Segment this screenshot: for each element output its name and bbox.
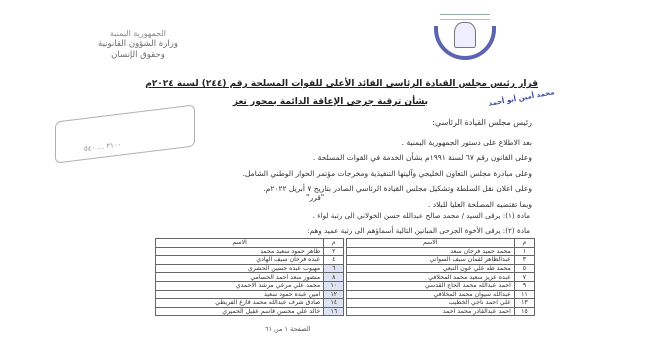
- emblem-banner: [440, 14, 490, 20]
- table-row: ٣ عبدالظاهر لقمان سيف السواني ٤ عبده فرح…: [156, 256, 535, 265]
- table-row: ٥ محمد طه علي عون النبعي ٦ مهيوب عبده حس…: [156, 264, 535, 273]
- decree-title: قرار رئيس مجلس القيادة الرئاسي القائد ال…: [145, 79, 538, 89]
- header-num: م: [324, 239, 344, 248]
- table-row: ١١ عبدالله سيوان محمد المخلافي ١٢ امين ع…: [156, 290, 535, 299]
- table-row: ١٣ علي احمد ناجي الخطيب ١٤ صادق شرف عبدا…: [156, 299, 535, 308]
- header-num: م: [514, 239, 534, 248]
- table-row: ٩ احمد عبدالله محمد الحاج القدسي ١٠ محمد…: [156, 281, 535, 290]
- document-page: الجمهورية اليمنية وزارة الشؤون القانونية…: [0, 0, 650, 360]
- table-row: ٧ عبده عزيز سعيد محمد المخلافي ٨ منصور س…: [156, 273, 535, 282]
- preamble-line: بعد الاطلاع على دستور الجمهورية اليمنية …: [102, 135, 532, 150]
- preamble-line: وعلى القانون رقم ٦٧ لسنة ١٩٩١م بشأن الخد…: [102, 150, 532, 165]
- yemen-emblem-icon: [430, 8, 500, 68]
- ministry-name-line1: وزارة الشؤون القانونية: [58, 39, 218, 50]
- preamble-line: وعلى مبادرة مجلس التعاون الخليجي وآليتها…: [102, 166, 532, 181]
- article-1: مادة (١): يرقى السيد / محمد صالح عبدالله…: [313, 211, 530, 220]
- country-name: الجمهورية اليمنية: [58, 28, 218, 39]
- promotion-table: م الاسم م الاسم ١ محمد حميد فرحان سعد ٢ …: [155, 238, 535, 316]
- emblem-eagle: [454, 22, 476, 48]
- decree-subtitle: بشأن ترقية جرحى الإعاقة الدائمة بمحور تع…: [233, 97, 428, 107]
- table-row: ١٥ احمد عبدالقادر محمد احمد ١٦ خالد علي …: [156, 307, 535, 316]
- decided-heading: "قرر": [306, 193, 324, 202]
- handwritten-note: محمد أمين أبو أحمد: [488, 88, 555, 107]
- header-name: الاسم: [156, 239, 324, 248]
- page-number: الصفحة ١ من ٦١: [265, 325, 311, 333]
- article-2: مادة (٢): يرقى الأخوة الجرحى المبانين ال…: [307, 226, 530, 235]
- table-row: ١ محمد حميد فرحان سعد ٢ طاهر حمود سعيد م…: [156, 247, 535, 256]
- table-header-row: م الاسم م الاسم: [156, 239, 535, 248]
- ministry-header: الجمهورية اليمنية وزارة الشؤون القانونية…: [58, 28, 218, 61]
- ministry-name-line2: وحقوق الإنسان: [58, 50, 218, 61]
- header-name: الاسم: [346, 239, 514, 248]
- addressee: رئيس مجلس القيادة الرئاسي:: [432, 118, 532, 127]
